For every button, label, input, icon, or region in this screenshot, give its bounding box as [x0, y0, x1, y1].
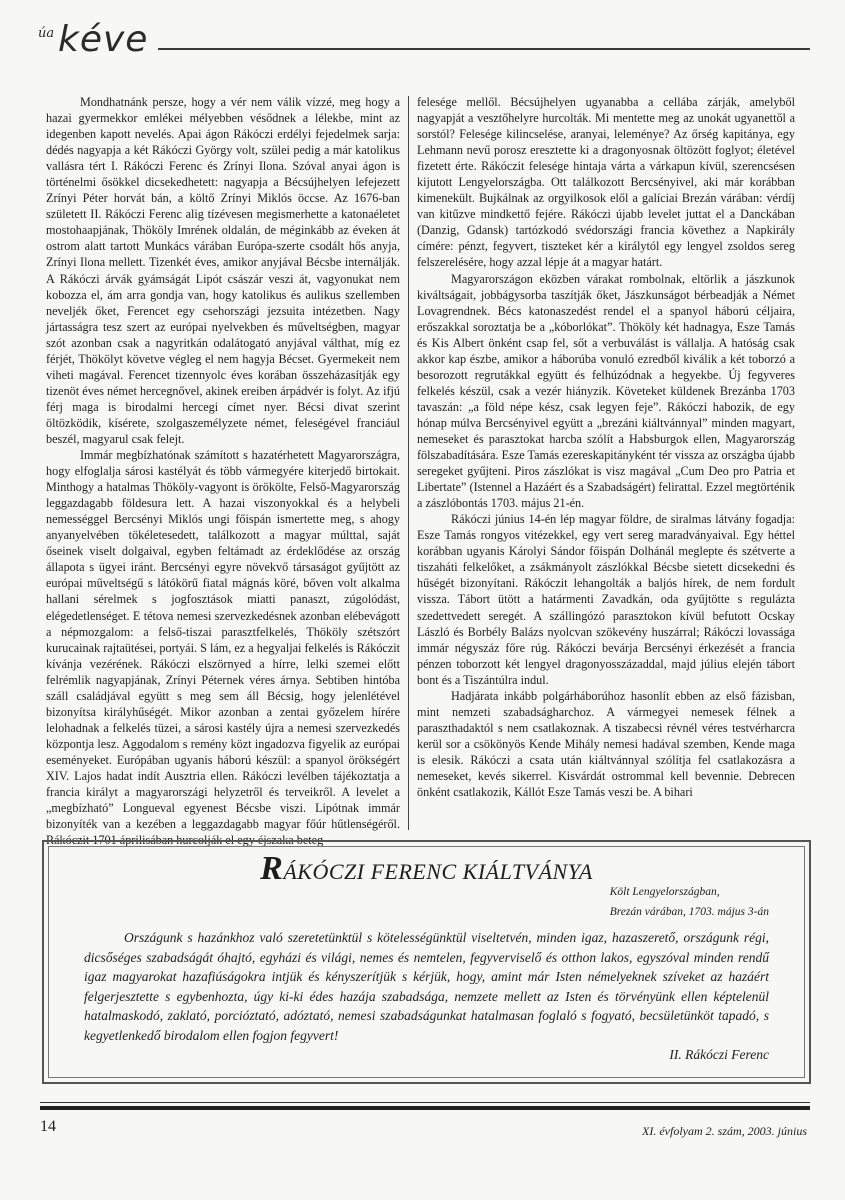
page-number: 14: [40, 1118, 56, 1136]
masthead-rule: [158, 48, 810, 50]
paragraph: Hadjárata inkább polgárháborúhoz hasonlí…: [417, 688, 795, 800]
dateline-place: Költ Lengyelországban,: [610, 882, 769, 902]
title-rest: ÁKÓCZI FERENC KIÁLTVÁNYA: [283, 859, 593, 884]
dateline-date: Brezán várában, 1703. május 3-án: [610, 902, 769, 922]
article-left-column: Mondhatnánk persze, hogy a vér nem válik…: [46, 94, 400, 848]
paragraph: Magyarországon eközben várakat rombolnak…: [417, 271, 795, 512]
article-right-column: felesége mellől. Bécsújhelyen ugyanabba …: [417, 94, 795, 800]
proclamation-box: RÁKÓCZI FERENC KIÁLTVÁNYA Költ Lengyelor…: [42, 840, 811, 1084]
paragraph: Mondhatnánk persze, hogy a vér nem válik…: [46, 94, 400, 447]
title-initial: R: [260, 850, 283, 887]
issue-info: XI. évfolyam 2. szám, 2003. június: [642, 1124, 807, 1139]
proclamation-paragraph: Országunk s hazánkhoz való szeretetünktü…: [84, 928, 769, 1045]
proclamation-signature: II. Rákóczi Ferenc: [669, 1047, 769, 1063]
small-logo: úa: [38, 26, 54, 41]
paragraph: felesége mellől. Bécsújhelyen ugyanabba …: [417, 94, 795, 271]
footer-rule-thick: [40, 1106, 810, 1110]
proclamation-text: Országunk s hazánkhoz való szeretetünktü…: [84, 928, 769, 1045]
paragraph: Rákóczi június 14-én lép magyar földre, …: [417, 511, 795, 688]
paragraph: Immár megbízhatónak számított s hazatérh…: [46, 447, 400, 848]
masthead: úa kéve: [38, 22, 810, 62]
magazine-logo: kéve: [58, 20, 148, 60]
footer-rule-thin: [40, 1102, 810, 1103]
proclamation-dateline: Költ Lengyelországban, Brezán várában, 1…: [610, 882, 769, 922]
column-divider: [408, 96, 409, 830]
